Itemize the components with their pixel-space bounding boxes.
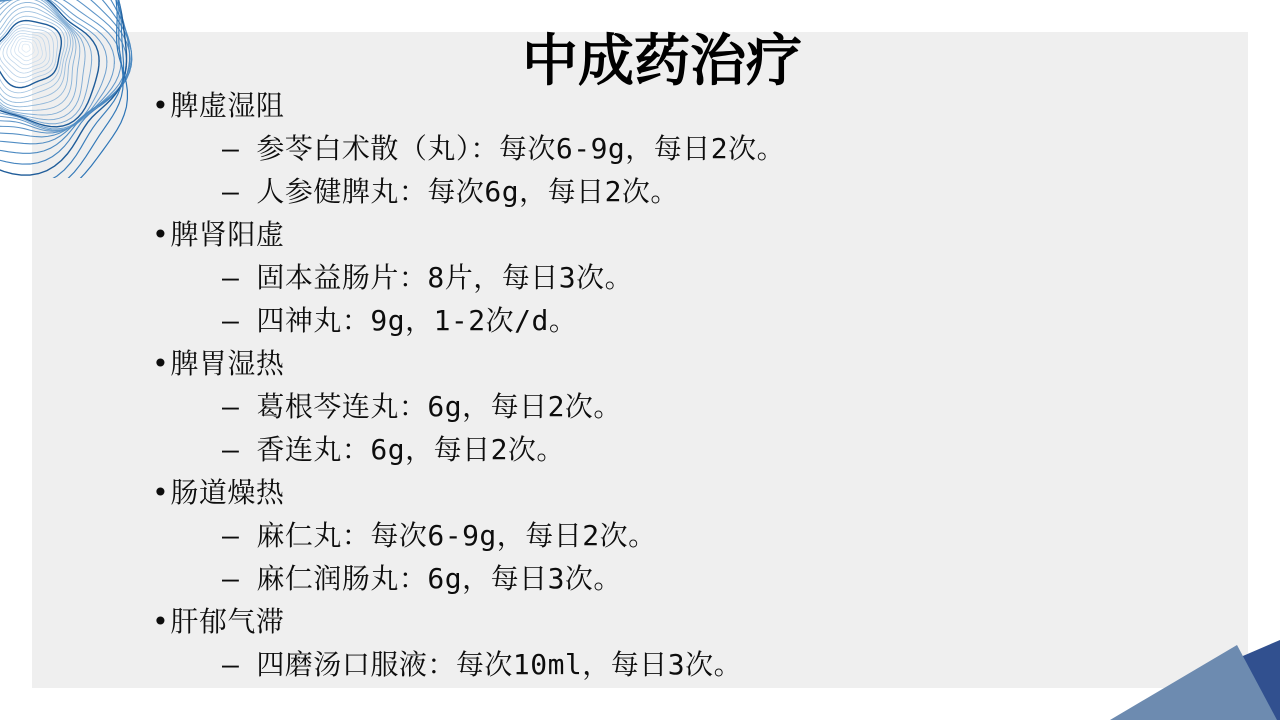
dash-icon: – [222, 562, 239, 595]
section-heading: •脾虚湿阻 [152, 84, 1238, 127]
medication-item: –参苓白术散（丸）：每次6-9g，每日2次。 [152, 127, 1238, 170]
bullet-icon: • [152, 476, 169, 509]
section-heading: •脾胃湿热 [152, 342, 1238, 385]
bullet-icon: • [152, 605, 169, 638]
medication-item-text: 麻仁丸：每次6-9g，每日2次。 [256, 519, 656, 552]
medication-item: –麻仁润肠丸：6g，每日3次。 [152, 557, 1238, 600]
spiral-ring [22, 44, 30, 52]
section-heading-label: 脾肾阳虚 [170, 218, 284, 251]
medication-item-text: 香连丸：6g，每日2次。 [256, 433, 565, 466]
dash-icon: – [222, 390, 239, 423]
medication-item-text: 固本益肠片：8片，每日3次。 [256, 261, 633, 294]
dash-icon: – [222, 132, 239, 165]
section-heading: •脾肾阳虚 [152, 213, 1238, 256]
medication-item: –人参健脾丸：每次6g，每日2次。 [152, 170, 1238, 213]
medication-item: –麻仁丸：每次6-9g，每日2次。 [152, 514, 1238, 557]
slide-title: 中成药治疗 [32, 30, 1248, 92]
medication-item-text: 四神丸：9g，1-2次/d。 [256, 304, 577, 337]
slide-body-text: •脾虚湿阻 –参苓白术散（丸）：每次6-9g，每日2次。 –人参健脾丸：每次6g… [152, 84, 1238, 686]
medication-item: –香连丸：6g，每日2次。 [152, 428, 1238, 471]
medication-item-text: 四磨汤口服液：每次10ml，每日3次。 [256, 648, 742, 681]
medication-item-text: 参苓白术散（丸）：每次6-9g，每日2次。 [256, 132, 785, 165]
section-heading: •肠道燥热 [152, 471, 1238, 514]
dash-icon: – [222, 304, 239, 337]
medication-item: –四磨汤口服液：每次10ml，每日3次。 [152, 643, 1238, 686]
slide-canvas: { "slide": { "title": "中成药治疗", "bullet_c… [0, 0, 1280, 720]
section-heading-label: 肝郁气滞 [170, 605, 284, 638]
section-heading-label: 脾虚湿阻 [170, 89, 284, 122]
medication-item: –葛根芩连丸：6g，每日2次。 [152, 385, 1238, 428]
medication-item-text: 葛根芩连丸：6g，每日2次。 [256, 390, 622, 423]
section-heading: •肝郁气滞 [152, 600, 1238, 643]
dash-icon: – [222, 648, 239, 681]
medication-item-text: 人参健脾丸：每次6g，每日2次。 [256, 175, 679, 208]
bullet-icon: • [152, 218, 169, 251]
dash-icon: – [222, 519, 239, 552]
medication-item: –四神丸：9g，1-2次/d。 [152, 299, 1238, 342]
dash-icon: – [222, 261, 239, 294]
slide-content-panel: 中成药治疗 •脾虚湿阻 –参苓白术散（丸）：每次6-9g，每日2次。 –人参健脾… [32, 32, 1248, 688]
section-heading-label: 脾胃湿热 [170, 347, 284, 380]
bullet-icon: • [152, 89, 169, 122]
medication-item-text: 麻仁润肠丸：6g，每日3次。 [256, 562, 622, 595]
bullet-icon: • [152, 347, 169, 380]
dash-icon: – [222, 433, 239, 466]
section-heading-label: 肠道燥热 [170, 476, 284, 509]
medication-item: –固本益肠片：8片，每日3次。 [152, 256, 1238, 299]
dash-icon: – [222, 175, 239, 208]
